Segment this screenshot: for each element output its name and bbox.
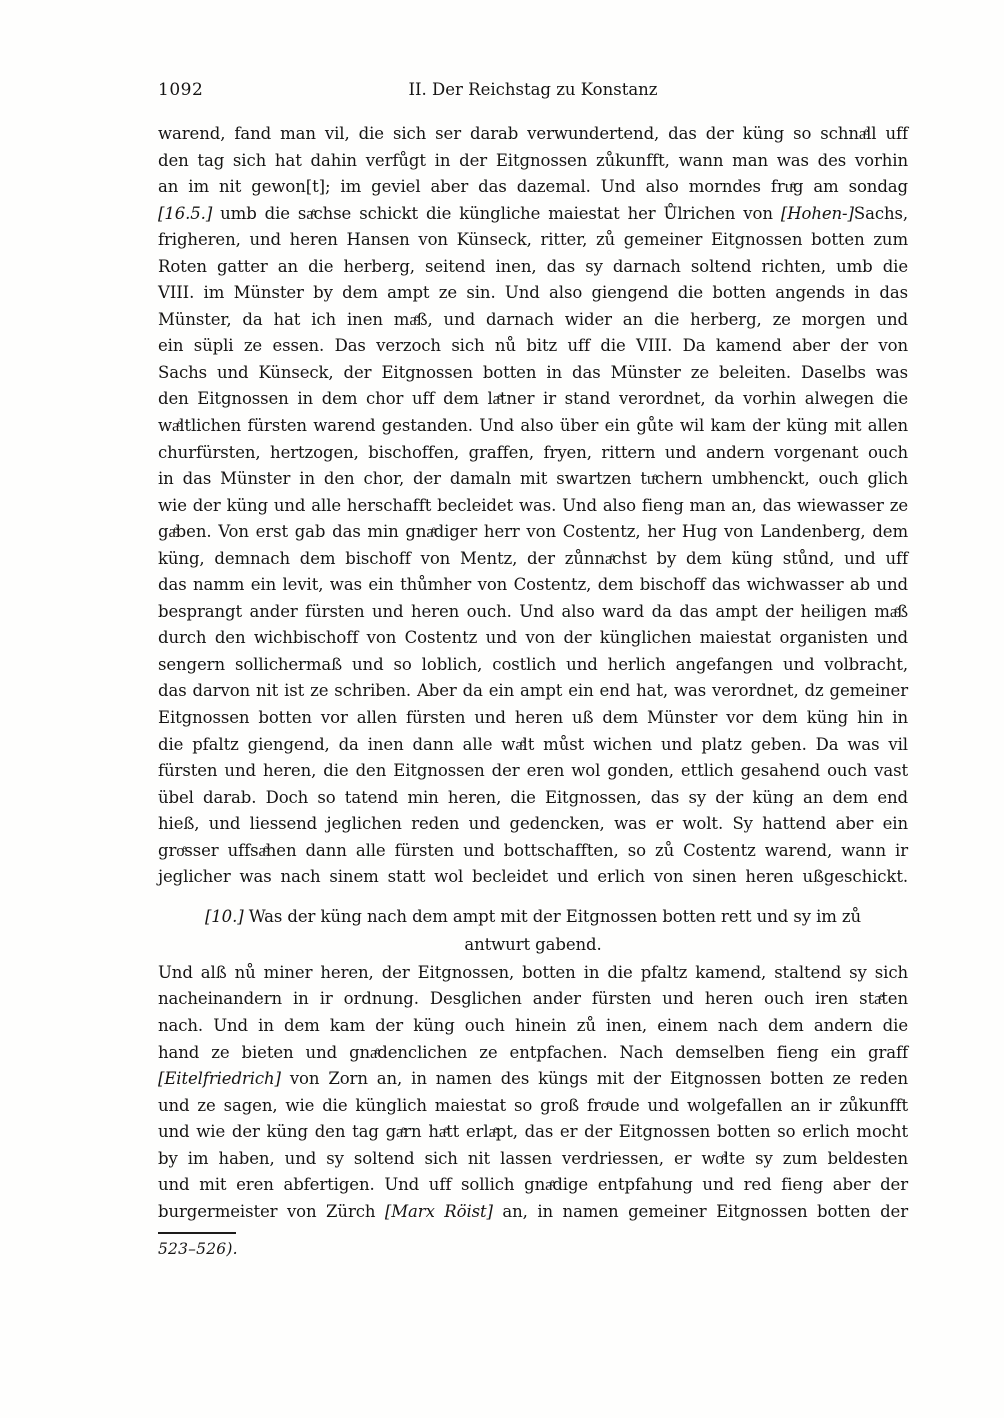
text-line: nach. Und in dem kam der küng ouch hinei… bbox=[158, 1013, 908, 1040]
text-line: durch den wichbischoff von Costentz und … bbox=[158, 625, 908, 652]
footnote: 523–526). bbox=[158, 1237, 908, 1261]
text-line: burgermeister von Zürch [Marx Röist] an,… bbox=[158, 1199, 908, 1226]
running-title: II. Der Reichstag zu Konstanz bbox=[158, 80, 908, 99]
text-line: Eitgnossen botten vor allen fürsten und … bbox=[158, 705, 908, 732]
text-line: Und alß nů miner heren, der Eitgnossen, … bbox=[158, 960, 908, 987]
text-line: an im nit gewon[t]; im geviel aber das d… bbox=[158, 174, 908, 201]
book-page: 1092 II. Der Reichstag zu Konstanz waren… bbox=[0, 0, 1004, 1418]
text-line: [16.5.] umb die saͤchse schickt die küng… bbox=[158, 201, 908, 228]
text-line: übel darab. Doch so tatend min heren, di… bbox=[158, 785, 908, 812]
text-line: den tag sich hat dahin verfůgt in der Ei… bbox=[158, 148, 908, 175]
text-line: und mit eren abfertigen. Und uff sollich… bbox=[158, 1172, 908, 1199]
text-line: groͤsser uffsaͤhen dann alle fürsten und… bbox=[158, 838, 908, 865]
text-line: jeglicher was nach sinem statt wol becle… bbox=[158, 864, 908, 891]
text-line: churfürsten, hertzogen, bischoffen, graf… bbox=[158, 440, 908, 467]
text-line: besprangt ander fürsten und heren ouch. … bbox=[158, 599, 908, 626]
text-line: ein süpli ze essen. Das verzoch sich nů … bbox=[158, 333, 908, 360]
text-line: by im haben, und sy soltend sich nit las… bbox=[158, 1146, 908, 1173]
text-line: nacheinandern in ir ordnung. Desglichen … bbox=[158, 986, 908, 1013]
text-line: und wie der küng den tag gaͤrn haͤtt erl… bbox=[158, 1119, 908, 1146]
page-header: 1092 II. Der Reichstag zu Konstanz bbox=[158, 80, 908, 104]
main-paragraph-1: warend, fand man vil, die sich ser darab… bbox=[158, 121, 908, 891]
text-line: in das Münster in den chor, der damaln m… bbox=[158, 466, 908, 493]
text-line: hieß, und liessend jeglichen reden und g… bbox=[158, 811, 908, 838]
page-number: 1092 bbox=[158, 80, 203, 100]
footnote-rule bbox=[158, 1232, 236, 1234]
text-line: warend, fand man vil, die sich ser darab… bbox=[158, 121, 908, 148]
text-line: und ze sagen, wie die künglich maiestat … bbox=[158, 1093, 908, 1120]
text-column: 1092 II. Der Reichstag zu Konstanz waren… bbox=[158, 80, 908, 1261]
section-heading: [10.] Was der küng nach dem ampt mit der… bbox=[158, 903, 908, 960]
text-line: wie der küng und alle herschafft becleid… bbox=[158, 493, 908, 520]
text-line: Sachs und Künseck, der Eitgnossen botten… bbox=[158, 360, 908, 387]
text-line: fürsten und heren, die den Eitgnossen de… bbox=[158, 758, 908, 785]
text-line: Münster, da hat ich inen maͤß, und darna… bbox=[158, 307, 908, 334]
text-line: sengern sollichermaß und so loblich, cos… bbox=[158, 652, 908, 679]
text-line: [10.] Was der küng nach dem ampt mit der… bbox=[158, 903, 908, 932]
text-line: Roten gatter an die herberg, seitend ine… bbox=[158, 254, 908, 281]
text-line: frigheren, und heren Hansen von Künseck,… bbox=[158, 227, 908, 254]
text-line: das namm ein levit, was ein thůmher von … bbox=[158, 572, 908, 599]
text-line: hand ze bieten und gnaͤdenclichen ze ent… bbox=[158, 1040, 908, 1067]
text-line: VIII. im Münster by dem ampt ze sin. Und… bbox=[158, 280, 908, 307]
text-line: waͤltlichen fürsten warend gestanden. Un… bbox=[158, 413, 908, 440]
text-line: gaͤben. Von erst gab das min gnaͤdiger h… bbox=[158, 519, 908, 546]
text-line: antwurt gabend. bbox=[158, 931, 908, 960]
text-line: küng, demnach dem bischoff von Mentz, de… bbox=[158, 546, 908, 573]
main-paragraph-2: Und alß nů miner heren, der Eitgnossen, … bbox=[158, 960, 908, 1225]
text-line: [Eitelfriedrich] von Zorn an, in namen d… bbox=[158, 1066, 908, 1093]
text-line: die pfaltz giengend, da inen dann alle w… bbox=[158, 732, 908, 759]
text-line: den Eitgnossen in dem chor uff dem laͤtn… bbox=[158, 386, 908, 413]
text-line: das darvon nit ist ze schriben. Aber da … bbox=[158, 678, 908, 705]
